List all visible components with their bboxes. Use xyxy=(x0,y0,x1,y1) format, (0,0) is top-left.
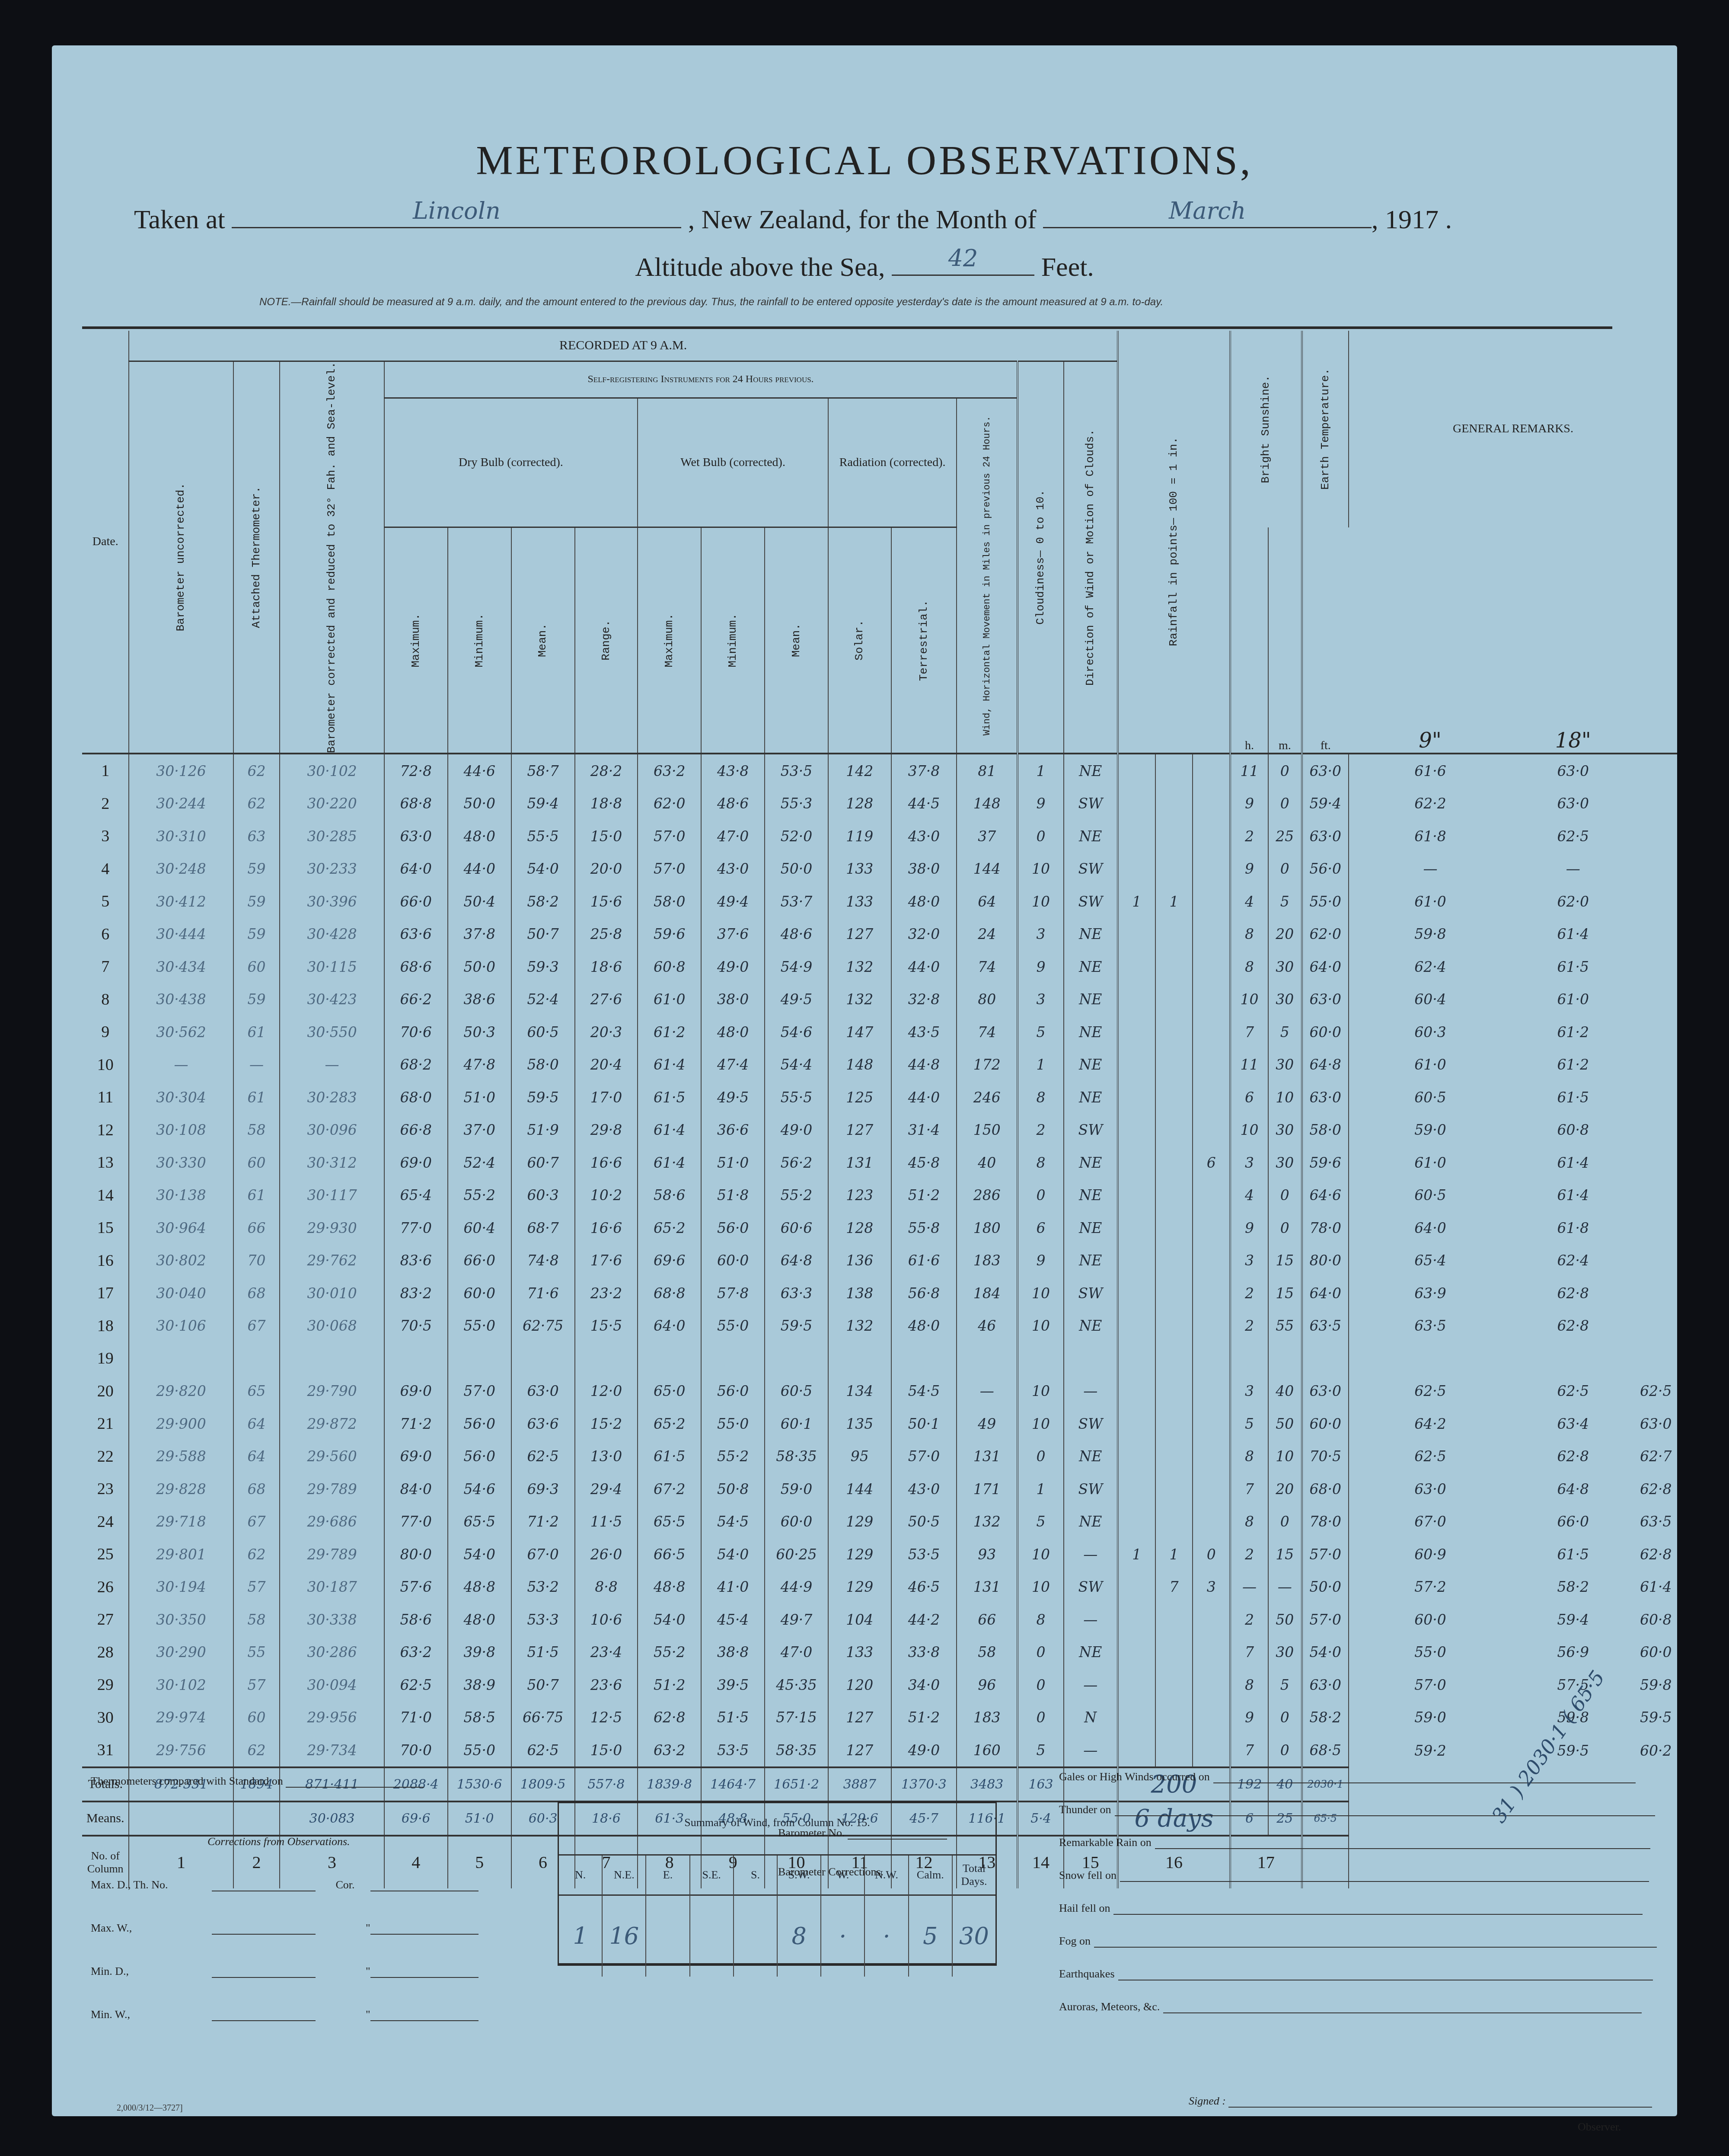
max-d-field[interactable] xyxy=(212,1879,316,1891)
wmean-cell: 59·0 xyxy=(765,1472,828,1505)
date-cell: 25 xyxy=(82,1538,129,1571)
sunshine-hours-cell: 8 xyxy=(1230,1505,1268,1538)
att-cell: 68 xyxy=(233,1472,280,1505)
sunshine-minutes-cell: 5 xyxy=(1268,1668,1302,1701)
dmin-cell: 56·0 xyxy=(448,1407,511,1440)
date-cell: 24 xyxy=(82,1505,129,1538)
solar-cell: 134 xyxy=(828,1375,891,1408)
date-cell: 4 xyxy=(82,853,129,885)
terr-cell: 57·0 xyxy=(891,1440,957,1473)
remark-extra-cell: 62·8 xyxy=(1635,1538,1677,1571)
wmean-cell: 60·5 xyxy=(765,1375,828,1408)
drange-cell: 20·0 xyxy=(575,853,638,885)
date-cell: 2 xyxy=(82,787,129,820)
wind-count[interactable]: 30 xyxy=(953,1896,995,1977)
rainfall-cell xyxy=(1118,1277,1155,1310)
wmax-cell: 57·0 xyxy=(638,853,701,885)
date-cell: 29 xyxy=(82,1668,129,1701)
solar-cell: 136 xyxy=(828,1244,891,1277)
wind-count[interactable]: 1 xyxy=(559,1896,602,1977)
wind-count[interactable] xyxy=(734,1896,777,1977)
sunshine-hours-cell: 3 xyxy=(1230,1375,1268,1408)
baro-cell: 30·412 xyxy=(129,885,233,918)
cloud-cell: 0 xyxy=(1018,820,1063,853)
wind-cell: 40 xyxy=(957,1146,1018,1179)
remark-extra-cell xyxy=(1635,1146,1677,1179)
terr-cell: 38·0 xyxy=(891,853,957,885)
wind-cell: 58 xyxy=(957,1636,1018,1669)
baro-cell: 29·974 xyxy=(129,1701,233,1734)
wind-cell: 81 xyxy=(957,754,1018,787)
sunshine-hours-cell: — xyxy=(1230,1571,1268,1603)
rainfall-cell xyxy=(1118,1146,1155,1179)
wmean-cell: 55·3 xyxy=(765,787,828,820)
remark-6pm-cell: 63·4 xyxy=(1512,1407,1635,1440)
rainfall-cell xyxy=(1193,1701,1230,1734)
wmax-cell: 63·2 xyxy=(638,1734,701,1767)
cloud-cell: 5 xyxy=(1018,1505,1063,1538)
solar-cell: 135 xyxy=(828,1407,891,1440)
att-cell: 62 xyxy=(233,754,280,787)
dir-cell: NE xyxy=(1064,1016,1118,1048)
corr-cell: 30·338 xyxy=(280,1603,384,1636)
terr-cell: 48·0 xyxy=(891,1310,957,1342)
dmax-cell: 66·0 xyxy=(384,885,448,918)
dir-cell: SW xyxy=(1064,787,1118,820)
max-d-cor-field[interactable] xyxy=(370,1879,479,1891)
event-label: Auroras, Meteors, &c. xyxy=(1059,2000,1160,2013)
event-row: Snow fell on xyxy=(1059,1869,1649,1882)
terr-cell: 49·0 xyxy=(891,1734,957,1767)
date-cell: 1 xyxy=(82,754,129,787)
wmean-cell: 49·5 xyxy=(765,983,828,1016)
min-w-cor-field[interactable] xyxy=(370,2009,479,2021)
rainfall-cell xyxy=(1118,1472,1155,1505)
cloud-cell: 10 xyxy=(1018,1310,1063,1342)
wind-cell xyxy=(957,1342,1018,1375)
table-row: 1530·9646629·93077·060·468·716·665·256·0… xyxy=(82,1211,1677,1244)
corr-cell: 30·115 xyxy=(280,950,384,983)
baro-cell: 30·310 xyxy=(129,820,233,853)
month-field[interactable]: March xyxy=(1043,201,1372,228)
dmean-cell: 59·4 xyxy=(511,787,575,820)
wmean-cell: 50·0 xyxy=(765,853,828,885)
column-number: 14 xyxy=(1018,1836,1063,1888)
remark-6pm-cell: 61·4 xyxy=(1512,918,1635,951)
rainfall-cell xyxy=(1118,853,1155,885)
solar-cell: 104 xyxy=(828,1603,891,1636)
thermometers-date-field[interactable] xyxy=(286,1776,424,1788)
rainfall-cell xyxy=(1193,1440,1230,1473)
dir-cell: NE xyxy=(1064,1505,1118,1538)
rainfall-cell xyxy=(1118,754,1155,787)
remark-6pm-cell: 61·5 xyxy=(1512,1081,1635,1114)
remark-extra-cell: 60·0 xyxy=(1635,1636,1677,1669)
wmean-cell: 52·0 xyxy=(765,820,828,853)
wmax-cell: 61·4 xyxy=(638,1114,701,1147)
cloud-cell: 5 xyxy=(1018,1734,1063,1767)
sunshine-minutes-cell: 30 xyxy=(1268,1048,1302,1081)
remark-9am-cell: — xyxy=(1349,853,1512,885)
corr-cell: 29·930 xyxy=(280,1211,384,1244)
att-cell: 60 xyxy=(233,1701,280,1734)
cloud-cell: 5 xyxy=(1018,1016,1063,1048)
dmax-cell: 66·2 xyxy=(384,983,448,1016)
rainfall-cell xyxy=(1193,1472,1230,1505)
solar-cell xyxy=(828,1342,891,1375)
event-label: Hail fell on xyxy=(1059,1902,1110,1914)
signature-field[interactable] xyxy=(1228,2095,1652,2108)
wmin-cell: 48·0 xyxy=(701,1016,765,1048)
date-cell: 27 xyxy=(82,1603,129,1636)
wind-count[interactable]: 8 xyxy=(778,1896,820,1977)
barometer-no-field[interactable] xyxy=(848,1827,947,1840)
rainfall-cell xyxy=(1155,1211,1193,1244)
wmax-cell: 58·6 xyxy=(638,1179,701,1212)
sunshine-minutes-cell: 10 xyxy=(1268,1081,1302,1114)
dry-min-header: Minimum. xyxy=(448,527,511,754)
altitude-line: Altitude above the Sea, 42 Feet. xyxy=(52,249,1677,283)
wind-direction-label: S.E. xyxy=(690,1856,733,1896)
solar-cell: 120 xyxy=(828,1668,891,1701)
dmin-cell: 56·0 xyxy=(448,1440,511,1473)
date-cell: 5 xyxy=(82,885,129,918)
remark-extra-cell xyxy=(1635,950,1677,983)
earth-temp-cell: 59·6 xyxy=(1302,1146,1349,1179)
wmean-cell: 60·25 xyxy=(765,1538,828,1571)
remark-9am-cell: 64·0 xyxy=(1349,1211,1512,1244)
wmax-cell: 62·0 xyxy=(638,787,701,820)
earth-temp-cell: 68·5 xyxy=(1302,1734,1349,1767)
event-field[interactable] xyxy=(1115,1804,1655,1816)
remark-6pm-cell: — xyxy=(1512,853,1635,885)
event-field[interactable] xyxy=(1163,2001,1642,2013)
rainfall-cell xyxy=(1155,1146,1193,1179)
event-field[interactable] xyxy=(1120,1870,1649,1882)
wind-cell: 183 xyxy=(957,1244,1018,1277)
remark-9am-cell: 62·2 xyxy=(1349,787,1512,820)
correction-row-min-w: Min. W., " xyxy=(91,2008,479,2021)
corr-cell: 29·872 xyxy=(280,1407,384,1440)
dmean-cell: 69·3 xyxy=(511,1472,575,1505)
corr-cell: 30·550 xyxy=(280,1016,384,1048)
solar-cell: 144 xyxy=(828,1472,891,1505)
sunshine-hours-cell: 10 xyxy=(1230,983,1268,1016)
corr-cell: 30·187 xyxy=(280,1571,384,1603)
wmin-cell: 47·4 xyxy=(701,1048,765,1081)
cloud-cell: 10 xyxy=(1018,1277,1063,1310)
remark-9am-cell: 57·2 xyxy=(1349,1571,1512,1603)
remark-extra-cell: 59·8 xyxy=(1635,1668,1677,1701)
wmin-cell: 55·2 xyxy=(701,1440,765,1473)
wmean-cell: 55·5 xyxy=(765,1081,828,1114)
wmin-cell: 47·0 xyxy=(701,820,765,853)
max-w-cor-field[interactable] xyxy=(370,1923,479,1935)
wind-count[interactable]: 5 xyxy=(909,1896,952,1977)
rainfall-cell xyxy=(1155,1407,1193,1440)
dmax-cell: 69·0 xyxy=(384,1146,448,1179)
corr-cell: 29·734 xyxy=(280,1734,384,1767)
earth-temp-cell: 63·0 xyxy=(1302,983,1349,1016)
sunshine-minutes-cell: 0 xyxy=(1268,1505,1302,1538)
remark-6pm-cell: 59·4 xyxy=(1512,1603,1635,1636)
remark-9am-cell: 59·0 xyxy=(1349,1114,1512,1147)
sunshine-minutes-cell: 0 xyxy=(1268,1179,1302,1212)
att-cell: 57 xyxy=(233,1668,280,1701)
table-row: 1330·3306030·31269·052·460·716·661·451·0… xyxy=(82,1146,1677,1179)
event-row: Fog on xyxy=(1059,1935,1657,1948)
solar-header: Solar. xyxy=(828,527,891,754)
dmax-cell: 83·2 xyxy=(384,1277,448,1310)
wind-count[interactable]: · xyxy=(865,1896,908,1977)
min-d-cor-field[interactable] xyxy=(370,1966,479,1978)
wmax-cell: 61·5 xyxy=(638,1440,701,1473)
rainfall-cell xyxy=(1118,820,1155,853)
wind-count[interactable] xyxy=(646,1896,689,1977)
taken-at-field[interactable]: Lincoln xyxy=(232,201,681,228)
wind-count[interactable]: · xyxy=(821,1896,864,1977)
att-cell: 62 xyxy=(233,1538,280,1571)
remark-6pm-cell: 60·8 xyxy=(1512,1114,1635,1147)
sunshine-hours-cell: 7 xyxy=(1230,1016,1268,1048)
baro-cell: 29·718 xyxy=(129,1505,233,1538)
rainfall-cell: 1 xyxy=(1155,1538,1193,1571)
earth-temp-cell: 80·0 xyxy=(1302,1244,1349,1277)
wmin-cell: 54·0 xyxy=(701,1538,765,1571)
dmean-cell: 53·2 xyxy=(511,1571,575,1603)
sunshine-hours-cell: 7 xyxy=(1230,1734,1268,1767)
wind-cell: 144 xyxy=(957,853,1018,885)
dir-cell: NE xyxy=(1064,1440,1118,1473)
rainfall-cell: 6 xyxy=(1193,1146,1230,1179)
wmin-cell: 57·8 xyxy=(701,1277,765,1310)
dmin-cell: 48·8 xyxy=(448,1571,511,1603)
table-row: 330·3106330·28563·048·055·515·057·047·05… xyxy=(82,820,1677,853)
wet-mean-header: Mean. xyxy=(765,527,828,754)
table-row: 2630·1945730·18757·648·853·28·848·841·04… xyxy=(82,1571,1677,1603)
rainfall-cell xyxy=(1193,950,1230,983)
cloud-cell: 1 xyxy=(1018,1472,1063,1505)
wind-count[interactable]: 16 xyxy=(603,1896,645,1977)
solar-cell: 132 xyxy=(828,950,891,983)
remark-9am-cell: 61·0 xyxy=(1349,1048,1512,1081)
rainfall-cell xyxy=(1118,1179,1155,1212)
dmean-cell: 62·75 xyxy=(511,1310,575,1342)
rainfall-cell xyxy=(1193,918,1230,951)
rainfall-cell xyxy=(1118,1636,1155,1669)
wind-cell: 184 xyxy=(957,1277,1018,1310)
remark-6pm-cell: 62·8 xyxy=(1512,1440,1635,1473)
dir-cell: SW xyxy=(1064,885,1118,918)
wmean-cell: 55·2 xyxy=(765,1179,828,1212)
att-cell: 70 xyxy=(233,1244,280,1277)
rainfall-cell xyxy=(1118,1668,1155,1701)
remark-6pm-cell: 61·5 xyxy=(1512,1538,1635,1571)
dmax-cell: 84·0 xyxy=(384,1472,448,1505)
event-label: Earthquakes xyxy=(1059,1968,1115,1980)
event-field[interactable] xyxy=(1094,1936,1657,1948)
remark-9am-cell: 62·4 xyxy=(1349,950,1512,983)
wmax-cell: 65·0 xyxy=(638,1375,701,1408)
solar-cell: 95 xyxy=(828,1440,891,1473)
dmax-cell: 68·8 xyxy=(384,787,448,820)
dmax-cell: 83·6 xyxy=(384,1244,448,1277)
wmax-cell: 61·4 xyxy=(638,1146,701,1179)
sunshine-minutes-cell: 5 xyxy=(1268,1016,1302,1048)
rainfall-cell xyxy=(1193,754,1230,787)
earth-temp-cell: 63·0 xyxy=(1302,1668,1349,1701)
event-field[interactable] xyxy=(1113,1903,1643,1915)
dmin-cell: 55·0 xyxy=(448,1310,511,1342)
terr-cell: 51·2 xyxy=(891,1179,957,1212)
rainfall-cell xyxy=(1155,1472,1193,1505)
remark-9am-cell: 60·0 xyxy=(1349,1603,1512,1636)
sunshine-hours-cell: 7 xyxy=(1230,1472,1268,1505)
min-w-field[interactable] xyxy=(212,2009,316,2021)
sunshine-minutes-cell: 15 xyxy=(1268,1538,1302,1571)
wind-direction-label: N.E. xyxy=(603,1856,645,1896)
baro-cell: 29·756 xyxy=(129,1734,233,1767)
dmean-cell: 50·7 xyxy=(511,918,575,951)
dmax-cell: 57·6 xyxy=(384,1571,448,1603)
means-label: Means. xyxy=(82,1801,129,1836)
remark-extra-cell xyxy=(1635,1114,1677,1147)
altitude-field[interactable]: 42 xyxy=(892,249,1034,276)
corr-cell xyxy=(280,1342,384,1375)
wind-summary-column: S.E. xyxy=(689,1856,733,1977)
dmean-cell: 62·5 xyxy=(511,1440,575,1473)
table-row: 1130·3046130·28368·051·059·517·061·549·5… xyxy=(82,1081,1677,1114)
dmin-cell: 50·0 xyxy=(448,787,511,820)
corr-cell: 30·283 xyxy=(280,1081,384,1114)
solar-cell: 133 xyxy=(828,885,891,918)
year: 1917 xyxy=(1385,205,1439,234)
event-field[interactable] xyxy=(1118,1968,1653,1980)
table-row: 1630·8027029·76283·666·074·817·669·660·0… xyxy=(82,1244,1677,1277)
baro-cell xyxy=(129,1342,233,1375)
baro-cell: 30·248 xyxy=(129,853,233,885)
sunshine-hours-cell: 8 xyxy=(1230,1668,1268,1701)
min-d-field[interactable] xyxy=(212,1966,316,1978)
wmean-cell: 49·7 xyxy=(765,1603,828,1636)
wmin-cell: 49·5 xyxy=(701,1081,765,1114)
solar-cell: 133 xyxy=(828,1636,891,1669)
solar-cell: 129 xyxy=(828,1538,891,1571)
wmax-cell xyxy=(638,1342,701,1375)
drange-cell: 29·4 xyxy=(575,1472,638,1505)
wmax-cell: 66·5 xyxy=(638,1538,701,1571)
earth-temp-cell: 64·0 xyxy=(1302,1277,1349,1310)
dmin-cell: 57·0 xyxy=(448,1375,511,1408)
form-title: METEOROLOGICAL OBSERVATIONS, xyxy=(52,136,1677,184)
wmin-cell: 51·5 xyxy=(701,1701,765,1734)
cloud-cell: 10 xyxy=(1018,1407,1063,1440)
att-cell: 61 xyxy=(233,1081,280,1114)
totals-col-14: 163 xyxy=(1018,1767,1063,1801)
wmax-cell: 55·2 xyxy=(638,1636,701,1669)
dmin-cell: 50·0 xyxy=(448,950,511,983)
terr-cell: 43·0 xyxy=(891,820,957,853)
wind-cell: 46 xyxy=(957,1310,1018,1342)
remark-extra-cell xyxy=(1635,1016,1677,1048)
cloud-cell: 6 xyxy=(1018,1211,1063,1244)
sunshine-hours-cell: 8 xyxy=(1230,918,1268,951)
att-cell: 62 xyxy=(233,1734,280,1767)
cloud-cell: 8 xyxy=(1018,1081,1063,1114)
dmin-cell: 50·3 xyxy=(448,1016,511,1048)
dmax-cell: 69·0 xyxy=(384,1375,448,1408)
rainfall-header: Rainfall in points— 100 = 1 in. xyxy=(1118,331,1230,754)
dir-cell: — xyxy=(1064,1668,1118,1701)
event-row: Hail fell on xyxy=(1059,1902,1643,1915)
event-field[interactable] xyxy=(1213,1771,1636,1783)
terr-cell: 56·8 xyxy=(891,1277,957,1310)
remark-9am-cell: 61·0 xyxy=(1349,885,1512,918)
dmin-cell: 65·5 xyxy=(448,1505,511,1538)
sunshine-minutes-cell: 50 xyxy=(1268,1603,1302,1636)
date-cell: 31 xyxy=(82,1734,129,1767)
drange-cell: 15·0 xyxy=(575,1734,638,1767)
dmax-cell: 68·6 xyxy=(384,950,448,983)
sunshine-minutes-cell: 25 xyxy=(1268,820,1302,853)
dmin-cell: 37·0 xyxy=(448,1114,511,1147)
dmean-cell: 53·3 xyxy=(511,1603,575,1636)
remark-6pm-cell xyxy=(1512,1342,1635,1375)
solar-cell: 138 xyxy=(828,1277,891,1310)
wind-direction-header: Direction of Wind or Motion of Clouds. xyxy=(1064,361,1118,754)
rainfall-cell xyxy=(1193,853,1230,885)
rainfall-cell xyxy=(1155,1701,1193,1734)
sunshine-minutes-cell: 0 xyxy=(1268,1734,1302,1767)
remark-9am-cell: 64·2 xyxy=(1349,1407,1512,1440)
remark-6pm-cell: 61·0 xyxy=(1512,983,1635,1016)
date-cell: 30 xyxy=(82,1701,129,1734)
wind-count[interactable] xyxy=(690,1896,733,1977)
dmean-cell: 66·75 xyxy=(511,1701,575,1734)
earth-temp-cell: 56·0 xyxy=(1302,853,1349,885)
corr-cell: 30·220 xyxy=(280,787,384,820)
wind-direction-label: Calm. xyxy=(909,1856,952,1896)
rainfall-cell xyxy=(1118,918,1155,951)
cloud-cell: 10 xyxy=(1018,885,1063,918)
table-row: 230·2446230·22068·850·059·418·862·048·65… xyxy=(82,787,1677,820)
corr-cell: 29·789 xyxy=(280,1538,384,1571)
event-field[interactable] xyxy=(1155,1837,1650,1849)
att-cell: 59 xyxy=(233,918,280,951)
wind-cell: 171 xyxy=(957,1472,1018,1505)
baro-cell: 29·900 xyxy=(129,1407,233,1440)
remark-9am-cell: 60·3 xyxy=(1349,1016,1512,1048)
dmean-cell: 58·0 xyxy=(511,1048,575,1081)
dry-mean-header: Mean. xyxy=(511,527,575,754)
drange-cell: 15·0 xyxy=(575,820,638,853)
correction-row-max-d: Max. D., Th. No. Cor. xyxy=(91,1878,479,1891)
dir-cell: NE xyxy=(1064,1636,1118,1669)
dmax-cell: 77·0 xyxy=(384,1211,448,1244)
cloud-cell: 3 xyxy=(1018,983,1063,1016)
remark-6pm-cell: 61·4 xyxy=(1512,1179,1635,1212)
rainfall-cell xyxy=(1193,1081,1230,1114)
totals-col-6: 1809·5 xyxy=(511,1767,575,1801)
taken-at-value: Lincoln xyxy=(232,197,681,224)
remark-9am-cell: 59·0 xyxy=(1349,1701,1512,1734)
wmax-cell: 65·2 xyxy=(638,1407,701,1440)
baro-cell: 29·801 xyxy=(129,1538,233,1571)
terr-cell: 31·4 xyxy=(891,1114,957,1147)
max-w-field[interactable] xyxy=(212,1923,316,1935)
wmin-cell: 49·4 xyxy=(701,885,765,918)
drange-cell: 20·4 xyxy=(575,1048,638,1081)
